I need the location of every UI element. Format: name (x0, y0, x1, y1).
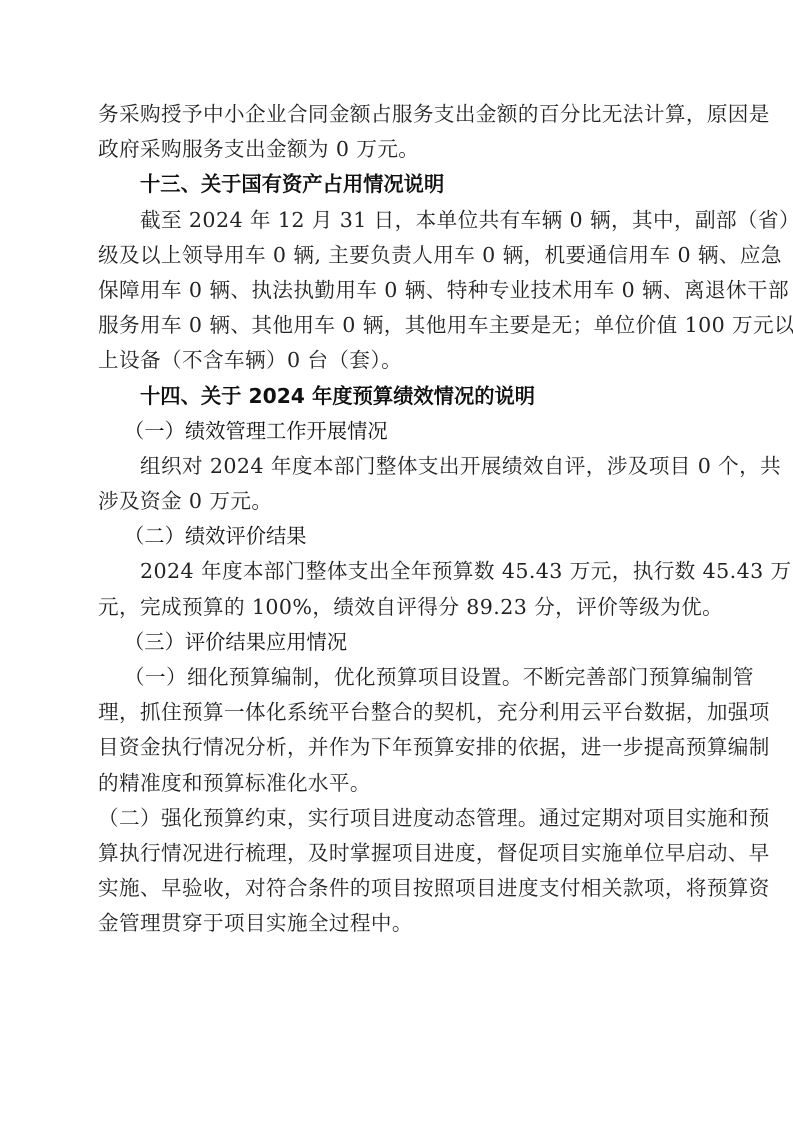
section-heading-13: 十三、关于国有资产占用情况说明 (98, 167, 698, 202)
paragraph-line: 元，完成预算的 100%，绩效自评得分 89.23 分，评价等级为优。 (98, 590, 698, 625)
paragraph-line: （一）细化预算编制，优化预算项目设置。不断完善部门预算编制管 (98, 660, 698, 695)
section-heading-14: 十四、关于 2024 年度预算绩效情况的说明 (98, 379, 698, 414)
paragraph-line: 截至 2024 年 12 月 31 日，本单位共有车辆 0 辆，其中，副部（省） (98, 203, 698, 238)
paragraph-line: 务采购授予中小企业合同金额占服务支出金额的百分比无法计算，原因是 (98, 97, 698, 132)
paragraph-line: 保障用车 0 辆、执法执勤用车 0 辆、特种专业技术用车 0 辆、离退休干部 (98, 273, 698, 308)
paragraph-line: 级及以上领导用车 0 辆, 主要负责人用车 0 辆，机要通信用车 0 辆、应急 (98, 238, 698, 273)
paragraph-line: 2024 年度本部门整体支出全年预算数 45.43 万元，执行数 45.43 万 (98, 554, 698, 589)
paragraph-line: 政府采购服务支出金额为 0 万元。 (98, 132, 698, 167)
paragraph-line: 实施、早验收，对符合条件的项目按照项目进度支付相关款项，将预算资 (98, 871, 698, 906)
paragraph-line: 算执行情况进行梳理，及时掌握项目进度，督促项目实施单位早启动、早 (98, 836, 698, 871)
paragraph-line: （二）强化预算约束，实行项目进度动态管理。通过定期对项目实施和预 (98, 801, 698, 836)
paragraph-line: 理，抓住预算一体化系统平台整合的契机，充分利用云平台数据，加强项 (98, 695, 698, 730)
subsection-heading-3: （三）评价结果应用情况 (98, 625, 698, 660)
subsection-heading-2: （二）绩效评价结果 (98, 519, 698, 554)
paragraph-line: 目资金执行情况分析，并作为下年预算安排的依据，进一步提高预算编制 (98, 730, 698, 765)
paragraph-line: 组织对 2024 年度本部门整体支出开展绩效自评，涉及项目 0 个，共 (98, 449, 698, 484)
document-page: 务采购授予中小企业合同金额占服务支出金额的百分比无法计算，原因是 政府采购服务支… (98, 97, 698, 942)
paragraph-line: 服务用车 0 辆、其他用车 0 辆，其他用车主要是无；单位价值 100 万元以 (98, 308, 698, 343)
paragraph-line: 上设备（不含车辆）0 台（套）。 (98, 343, 698, 378)
paragraph-line: 涉及资金 0 万元。 (98, 484, 698, 519)
paragraph-line: 金管理贯穿于项目实施全过程中。 (98, 906, 698, 941)
subsection-heading-1: （一）绩效管理工作开展情况 (98, 414, 698, 449)
paragraph-line: 的精准度和预算标准化水平。 (98, 766, 698, 801)
